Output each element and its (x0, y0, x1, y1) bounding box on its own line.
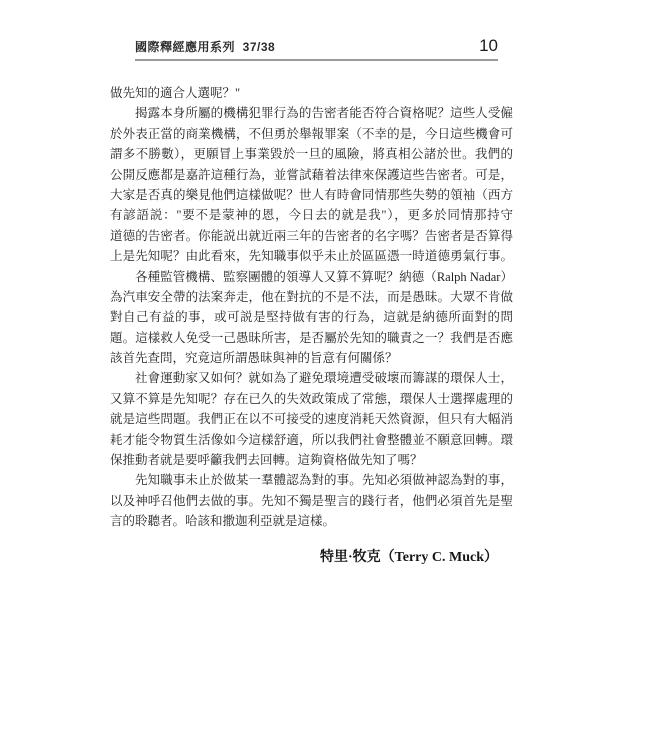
text-line: 謂多不勝數），更願冒上事業毀於一旦的風險，將真相公諸於世。我們的 (110, 144, 513, 164)
text-line: 為汽車安全帶的法案奔走，他在對抗的不是不法，而是愚昧。大眾不肯做 (110, 287, 513, 307)
text-line: 先知職事未止於做某一羣體認為對的事。先知必須做神認為對的事， (110, 470, 513, 490)
text-line: 各種監管機構、監察團體的領導人又算不算呢？納德（Ralph Nadar） (110, 267, 513, 287)
text-line: 題。這樣救人免受一己愚昧所害，是否屬於先知的職責之一？我們是否應 (110, 328, 513, 348)
text-line: 對自己有益的事，或可説是堅持做有害的行為，這就是納德所面對的問 (110, 307, 513, 327)
text-line: 耗才能令物質生活像如今這樣舒適，所以我們社會整體並不願意回轉。環 (110, 430, 513, 450)
text-line: 於外表正當的商業機構，不但勇於舉報罪案（不幸的是，今日這些機會可 (110, 124, 513, 144)
book-page: 國際釋經應用系列 37/38 10 做先知的適合人選呢？"揭露本身所屬的機構犯罪… (0, 0, 650, 750)
text-line: 又算不算是先知呢？存在已久的失效政策成了常態，環保人士選擇處理的 (110, 389, 513, 409)
text-line: 就是這些問題。我們正在以不可接受的速度消耗天然資源，但只有大幅消 (110, 409, 513, 429)
text-line: 上是先知呢？由此看來，先知職事似乎未止於區區憑一時道德勇氣行事。 (110, 246, 513, 266)
text-line: 該首先查問，究竟這所謂愚昧與神的旨意有何關係？ (110, 348, 513, 368)
text-line: 揭露本身所屬的機構犯罪行為的告密者能否符合資格呢？這些人受僱 (110, 103, 513, 123)
series-title: 國際釋經應用系列 37/38 (135, 40, 275, 54)
text-line: 道德的告密者。你能説出就近兩三年的告密者的名字嗎？告密者是否算得 (110, 226, 513, 246)
text-line: 公開反應都是嘉許這種行為，並嘗試藉着法律來保護這些告密者。可是， (110, 165, 513, 185)
page-number: 10 (479, 38, 498, 54)
text-line: 大家是否真的樂見他們這樣做呢？世人有時會同情那些失勢的領袖（西方 (110, 185, 513, 205)
text-line: 保推動者就是要呼籲我們去回轉。這夠資格做先知了嗎？ (110, 450, 513, 470)
text-line: 社會運動家又如何？就如為了避免環境遭受破壞而籌謀的環保人士， (110, 368, 513, 388)
text-line: 有諺語説："要不是蒙神的恩，今日去的就是我"），更多於同情那持守 (110, 205, 513, 225)
running-header: 國際釋經應用系列 37/38 10 (135, 38, 498, 61)
text-line: 做先知的適合人選呢？" (110, 83, 513, 103)
body-text: 做先知的適合人選呢？"揭露本身所屬的機構犯罪行為的告密者能否符合資格呢？這些人受… (110, 83, 513, 568)
text-line: 以及神呼召他們去做的事。先知不獨是聖言的踐行者，他們必須首先是聖 (110, 491, 513, 511)
text-line: 言的聆聽者。哈該和撒迦利亞就是這樣。 (110, 511, 513, 531)
author-signature: 特里·牧克（Terry C. Muck） (110, 548, 513, 568)
